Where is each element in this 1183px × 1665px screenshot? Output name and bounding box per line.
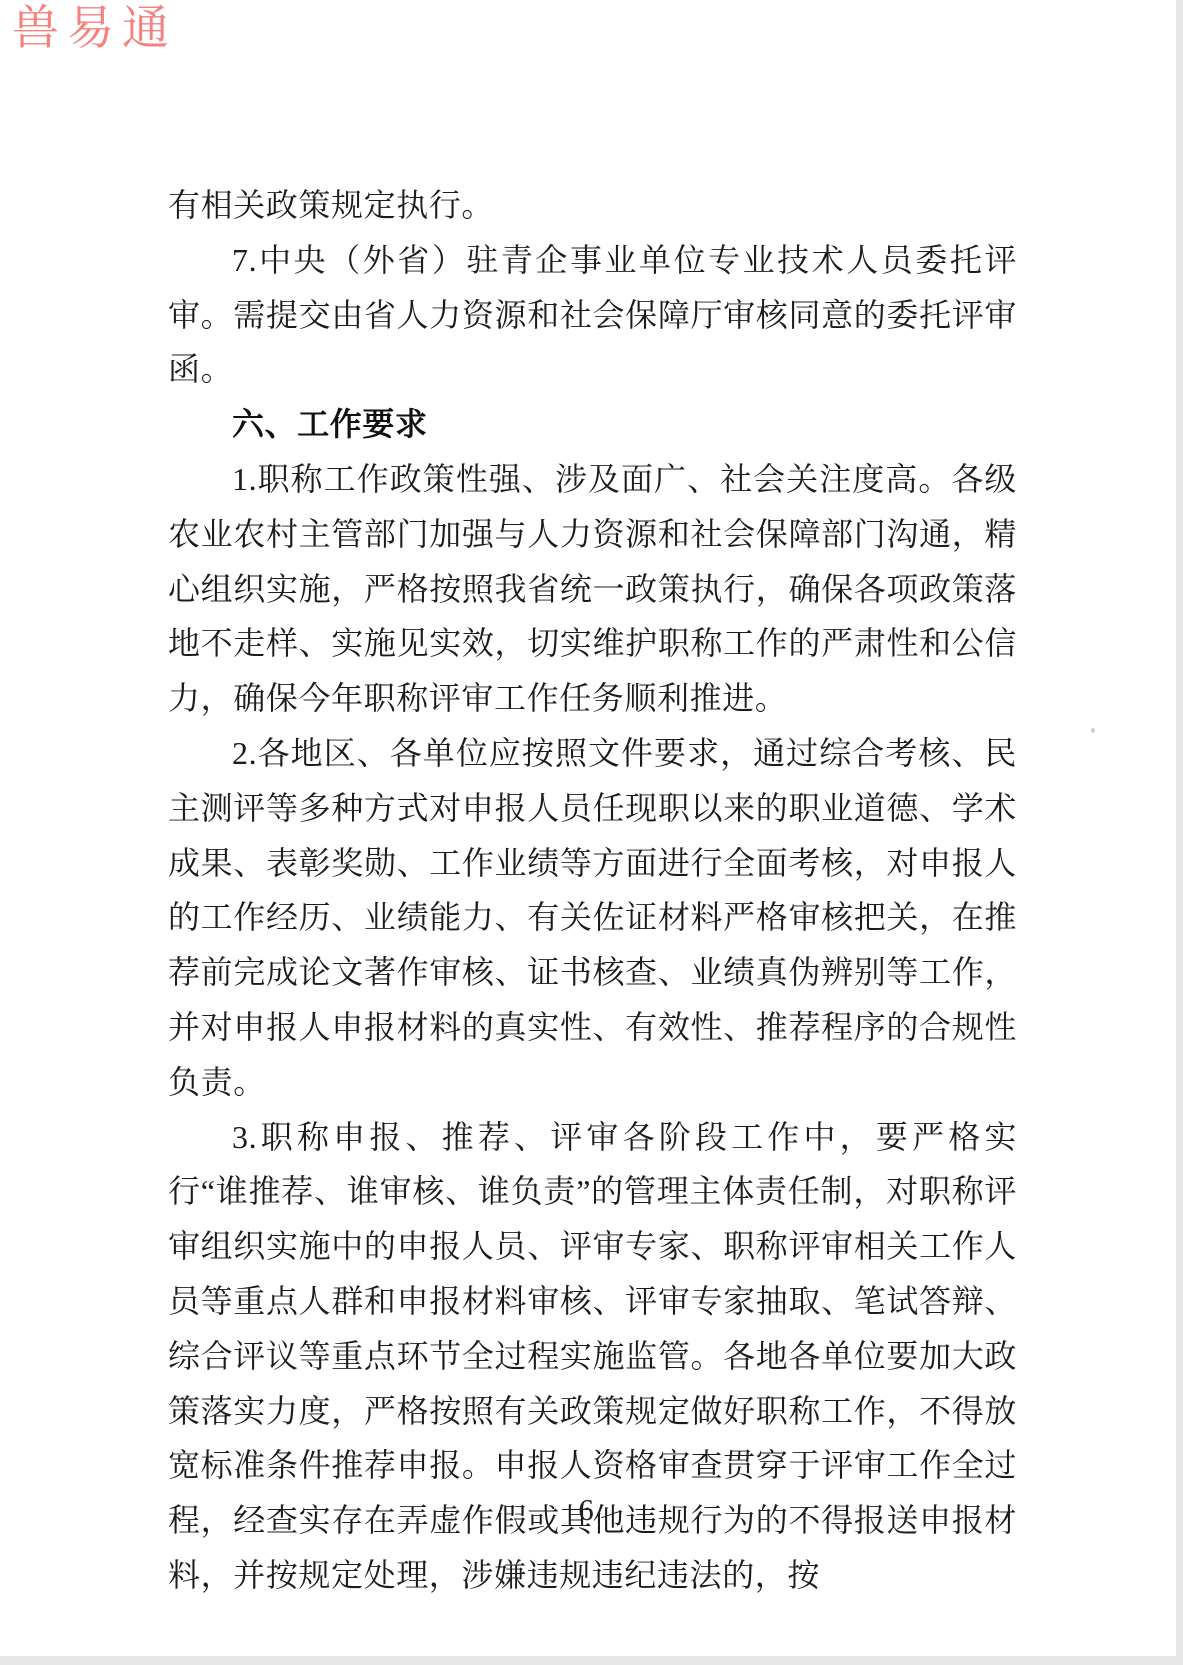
paragraph: 7.中央（外省）驻青企事业单位专业技术人员委托评审。需提交由省人力资源和社会保障…: [168, 233, 1017, 397]
scan-edge-right: [1176, 0, 1183, 1665]
watermark-logo: 兽易通: [12, 4, 177, 56]
paragraph: 1.职称工作政策性强、涉及面广、社会关注度高。各级农业农村主管部门加强与人力资源…: [168, 452, 1017, 726]
document-body: 有相关政策规定执行。7.中央（外省）驻青企事业单位专业技术人员委托评审。需提交由…: [168, 178, 1017, 1603]
paragraph: 3.职称申报、推荐、评审各阶段工作中，要严格实行“谁推荐、谁审核、谁负责”的管理…: [168, 1110, 1017, 1603]
section-heading: 六、工作要求: [168, 397, 1017, 452]
scan-edge-bottom: [0, 1656, 1183, 1665]
page-number: 6: [0, 1492, 1172, 1528]
paragraph: 2.各地区、各单位应按照文件要求，通过综合考核、民主测评等多种方式对申报人员任现…: [168, 726, 1017, 1110]
scan-speck: [1091, 728, 1095, 733]
scanned-document-page: 兽易通 有相关政策规定执行。7.中央（外省）驻青企事业单位专业技术人员委托评审。…: [0, 0, 1183, 1665]
paragraph: 有相关政策规定执行。: [168, 178, 1017, 233]
